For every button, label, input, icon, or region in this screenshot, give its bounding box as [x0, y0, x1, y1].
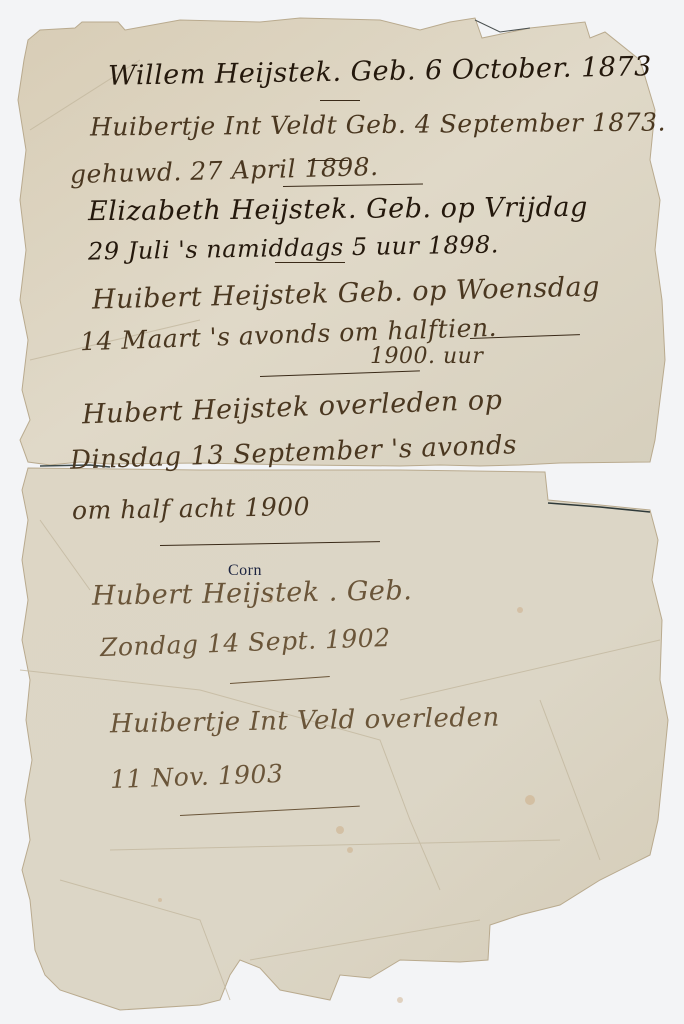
underline-stroke — [275, 262, 345, 263]
entry-elizabeth-birth-date: 29 Juli 's namiddags 5 uur 1898. — [88, 232, 499, 263]
entry-huibertje-birth: Huibertje Int Veldt Geb. 4 September 187… — [90, 109, 666, 139]
underline-stroke — [308, 160, 348, 161]
entry-huibert-birth-year: 1900. uur — [370, 346, 483, 368]
annotation-corn: Corn — [228, 563, 262, 579]
underline-stroke — [320, 100, 360, 101]
entry-marriage: gehuwd. 27 April 1898. — [70, 154, 379, 187]
entry-elizabeth-birth: Elizabeth Heijstek. Geb. op Vrijdag — [88, 194, 588, 225]
entry-hubert-death-time: om half acht 1900 — [72, 494, 310, 523]
document-scan: Willem Heijstek. Geb. 6 October. 1873 Hu… — [0, 0, 684, 1024]
entry-huibertje-death: Huibertje Int Veld overleden — [110, 705, 500, 738]
entry-hubert-2-birth: Hubert Heijstek . Geb. — [92, 577, 413, 610]
entry-huibertje-death-date: 11 Nov. 1903 — [110, 761, 284, 792]
